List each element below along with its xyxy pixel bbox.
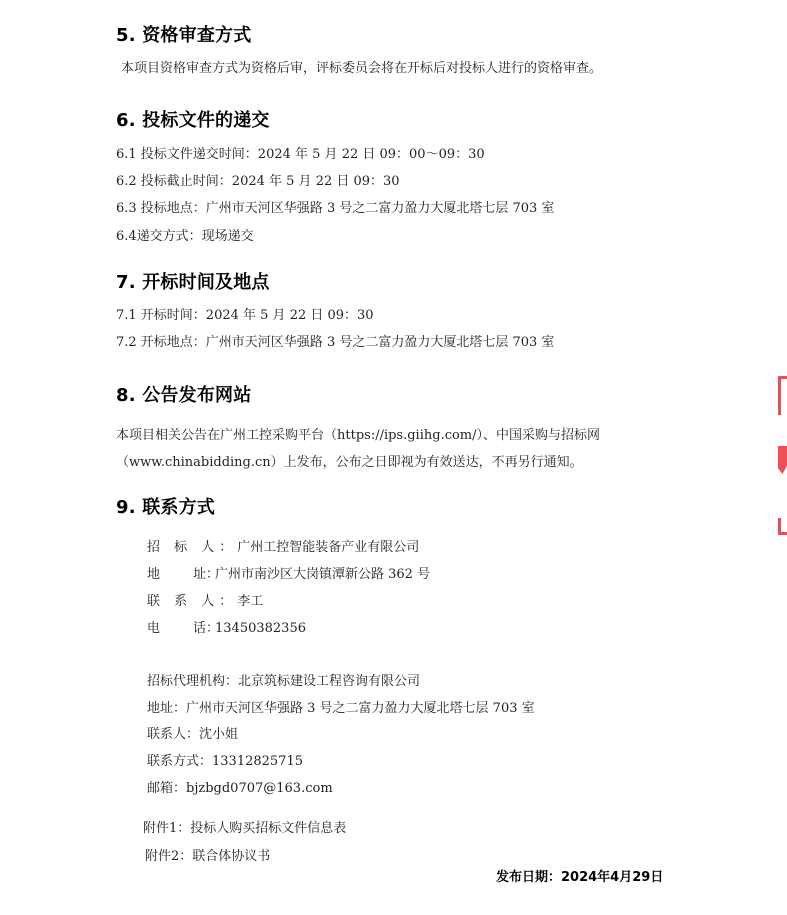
agency-email-row: 邮箱：bjzbgd0707@163.com <box>147 781 333 797</box>
tenderer-address-value: 广州市南沙区大岗镇潭新公路 362 号 <box>215 567 430 582</box>
seal-stamp-fragment-top <box>778 376 787 415</box>
section-6-line-1: 6.1 投标文件递交时间：2024 年 5 月 22 日 09：00～09：30 <box>116 147 485 163</box>
attachment-1: 附件1：投标人购买招标文件信息表 <box>143 821 346 837</box>
tenderer-phone-row: 电 话：13450382356 <box>147 621 306 637</box>
tenderer-address-label: 地 址： <box>147 567 215 583</box>
section-7-line-1: 7.1 开标时间：2024 年 5 月 22 日 09：30 <box>116 308 374 324</box>
section-heading-5: 5. 资格审查方式 <box>116 21 251 47</box>
agency-name-value: 北京筑标建设工程咨询有限公司 <box>238 674 420 689</box>
section-6-line-3: 6.3 投标地点：广州市天河区华强路 3 号之二富力盈力大厦北塔七层 703 室 <box>116 201 554 217</box>
agency-address-value: 广州市天河区华强路 3 号之二富力盈力大厦北塔七层 703 室 <box>186 701 535 716</box>
section-heading-6: 6. 投标文件的递交 <box>116 106 270 132</box>
tenderer-phone-label: 电 话： <box>147 621 215 637</box>
seal-stamp-fragment-bottom <box>778 518 787 535</box>
agency-contact-label: 联系人： <box>147 727 199 742</box>
agency-phone-label: 联系方式： <box>147 754 212 769</box>
tenderer-contact-label: 联 系 人： <box>147 594 237 610</box>
section-6-line-4: 6.4递交方式：现场递交 <box>116 229 254 245</box>
agency-phone-row: 联系方式：13312825715 <box>147 754 303 770</box>
tenderer-name-row: 招 标 人：广州工控智能装备产业有限公司 <box>147 540 419 556</box>
section-heading-7: 7. 开标时间及地点 <box>116 268 270 294</box>
section-8-line-1: 本项目相关公告在广州工控采购平台（https://ips.giihg.com/）… <box>116 428 600 444</box>
agency-address-row: 地址：广州市天河区华强路 3 号之二富力盈力大厦北塔七层 703 室 <box>147 701 535 717</box>
section-7-line-2: 7.2 开标地点：广州市天河区华强路 3 号之二富力盈力大厦北塔七层 703 室 <box>116 335 554 351</box>
section-heading-8: 8. 公告发布网站 <box>116 381 251 407</box>
attachment-2: 附件2：联合体协议书 <box>145 849 270 865</box>
agency-email-value[interactable]: bjzbgd0707@163.com <box>186 781 333 796</box>
agency-email-label: 邮箱： <box>147 781 186 796</box>
section-6-line-2: 6.2 投标截止时间：2024 年 5 月 22 日 09：30 <box>116 174 400 190</box>
agency-name-label: 招标代理机构： <box>147 674 238 689</box>
agency-name-row: 招标代理机构：北京筑标建设工程咨询有限公司 <box>147 674 420 690</box>
agency-contact-row: 联系人：沈小姐 <box>147 727 238 743</box>
agency-address-label: 地址： <box>147 701 186 716</box>
tenderer-name-label: 招 标 人： <box>147 540 237 556</box>
section-heading-9: 9. 联系方式 <box>116 493 215 519</box>
agency-contact-value: 沈小姐 <box>199 727 238 742</box>
section-5-paragraph: 本项目资格审查方式为资格后审，评标委员会将在开标后对投标人进行的资格审查。 <box>121 61 602 77</box>
tenderer-address-row: 地 址：广州市南沙区大岗镇潭新公路 362 号 <box>147 567 430 583</box>
agency-phone-value: 13312825715 <box>212 754 303 769</box>
tenderer-contact-value: 李工 <box>237 594 263 609</box>
tenderer-contact-row: 联 系 人：李工 <box>147 594 263 610</box>
tenderer-name-value: 广州工控智能装备产业有限公司 <box>237 540 419 555</box>
document-page: 5. 资格审查方式 本项目资格审查方式为资格后审，评标委员会将在开标后对投标人进… <box>0 0 787 915</box>
tenderer-phone-value: 13450382356 <box>215 621 306 636</box>
publish-date: 发布日期：2024年4月29日 <box>496 866 663 885</box>
section-8-line-2: （www.chinabidding.cn）上发布，公布之日即视为有效送达，不再另… <box>116 455 583 471</box>
seal-stamp-star-icon <box>778 446 787 474</box>
